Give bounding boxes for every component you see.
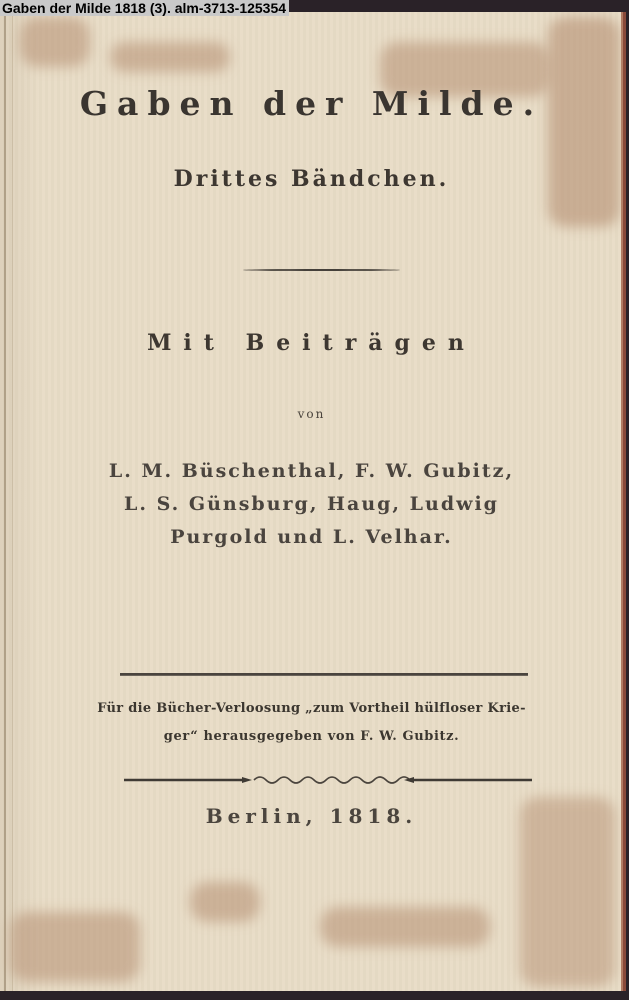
book-page: Gaben der Milde. Drittes Bändchen. Mit B… bbox=[0, 12, 626, 991]
publication-note-line-2: ger“ herausgegeben von F. W. Gubitz. bbox=[0, 729, 623, 744]
authors-line-3: Purgold und L. Velhar. bbox=[0, 526, 623, 548]
book-title: Gaben der Milde. bbox=[0, 84, 623, 123]
authors-line-2: L. S. Günsburg, Haug, Ludwig bbox=[0, 493, 623, 515]
ornamental-rule bbox=[124, 772, 532, 788]
place-and-year: Berlin, 1818. bbox=[0, 804, 623, 828]
scanned-page-view: Gaben der Milde 1818 (3). alm-3713-12535… bbox=[0, 0, 629, 1000]
authors-line-1: L. M. Büschenthal, F. W. Gubitz, bbox=[0, 460, 623, 482]
by-label: von bbox=[0, 407, 623, 421]
volume-subtitle: Drittes Bändchen. bbox=[0, 166, 623, 192]
contributions-heading: Mit Beiträgen bbox=[0, 330, 623, 356]
title-page-content: Gaben der Milde. Drittes Bändchen. Mit B… bbox=[0, 12, 623, 991]
divider-rule bbox=[243, 269, 400, 271]
double-divider-rule bbox=[120, 673, 528, 676]
image-caption: Gaben der Milde 1818 (3). alm-3713-12535… bbox=[0, 0, 289, 16]
publication-note-line-1: Für die Bücher-Verloosung „zum Vortheil … bbox=[0, 701, 623, 716]
